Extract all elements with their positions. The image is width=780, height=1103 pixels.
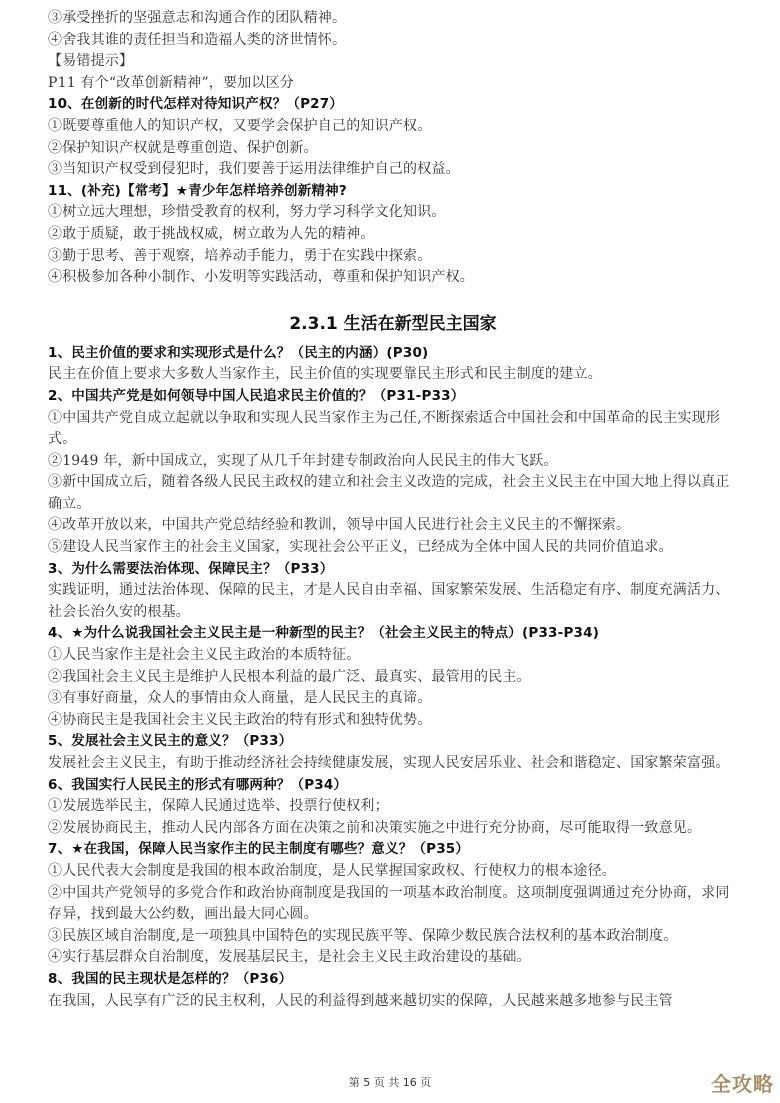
page-number: 第 5 页 共 16 页 [0,1074,780,1090]
answer-line: ④积极参加各种小制作、小发明等实践活动，尊重和保护知识产权。 [48,267,738,289]
tip-heading: 【易错提示】 [48,51,738,73]
text-line: ④舍我其谁的责任担当和造福人类的济世情怀。 [48,30,738,52]
question-heading-7: 7、★在我国，保障人民当家作主的民主制度有哪些？意义？（P35） [48,839,738,861]
answer-line: ④实行基层群众自治制度，发展基层民主，是社会主义民主政治建设的基础。 [48,947,738,969]
answer-line: ②敢于质疑，敢于挑战权威，树立敢为人先的精神。 [48,224,738,246]
answer-line: ②1949 年，新中国成立，实现了从几千年封建专制政治向人民民主的伟大飞跃。 [48,451,738,473]
text-line: ③承受挫折的坚强意志和沟通合作的团队精神。 [48,8,738,30]
answer-line: ③新中国成立后，随着各级人民民主政权的建立和社会主义改造的完成，社会主义民主在中… [48,472,738,515]
tip-text: P11 有个“改革创新精神”，要加以区分 [48,73,738,95]
question-heading-6: 6、我国实行人民民主的形式有哪两种？（P34） [48,775,738,797]
answer-line: ④改革开放以来，中国共产党总结经验和教训，领导中国人民进行社会主义民主的不懈探索… [48,515,738,537]
answer-line: ②保护知识产权就是尊重创造、保护创新。 [48,138,738,160]
answer-line: ①既要尊重他人的知识产权，又要学会保护自己的知识产权。 [48,116,738,138]
answer-line: ①发展选举民主，保障人民通过选举、投票行使权利； [48,796,738,818]
question-heading-8: 8、我国的民主现状是怎样的？（P36） [48,969,738,991]
watermark-logo: 全攻略 [711,1068,774,1097]
section-title: 2.3.1 生活在新型民主国家 [48,311,738,337]
answer-line: ③民族区域自治制度,是一项独具中国特色的实现民族平等、保障少数民族合法权利的基本… [48,926,738,948]
answer-line: ①树立远大理想，珍惜受教育的权利，努力学习科学文化知识。 [48,202,738,224]
answer-line: ③勤于思考、善于观察，培养动手能力，勇于在实践中探索。 [48,246,738,268]
question-heading-4: 4、★为什么说我国社会主义民主是一种新型的民主？（社会主义民主的特点）(P33-… [48,623,738,645]
answer-line: ③有事好商量，众人的事情由众人商量，是人民民主的真谛。 [48,688,738,710]
answer-line: 发展社会主义民主，有助于推动经济社会持续健康发展，实现人民安居乐业、社会和谐稳定… [48,753,738,775]
question-heading-10: 10、在创新的时代怎样对待知识产权？（P27） [48,94,738,116]
question-heading-3: 3、为什么需要法治体现、保障民主？（P33） [48,559,738,581]
question-heading-11: 11、(补充)【常考】★青少年怎样培养创新精神? [48,181,738,203]
answer-line: 民主在价值上要求大多数人当家作主，民主价值的实现要靠民主形式和民主制度的建立。 [48,364,738,386]
question-heading-1: 1、民主价值的要求和实现形式是什么？（民主的内涵）(P30) [48,343,738,365]
answer-line: 实践证明，通过法治体现、保障的民主，才是人民自由幸福、国家繁荣发展、生活稳定有序… [48,580,738,623]
answer-line: ③当知识产权受到侵犯时，我们要善于运用法律维护自己的权益。 [48,159,738,181]
answer-line: ①人民代表大会制度是我国的根本政治制度，是人民掌握国家政权、行使权力的根本途径。 [48,861,738,883]
question-heading-5: 5、发展社会主义民主的意义？（P33） [48,731,738,753]
answer-line: ①人民当家作主是社会主义民主政治的本质特征。 [48,645,738,667]
document-page: ③承受挫折的坚强意志和沟通合作的团队精神。 ④舍我其谁的责任担当和造福人类的济世… [48,8,738,1012]
answer-line: 在我国，人民享有广泛的民主权利，人民的利益得到越来越切实的保障，人民越来越多地参… [48,991,738,1013]
question-heading-2: 2、中国共产党是如何领导中国人民追求民主价值的？（P31-P33） [48,386,738,408]
answer-line: ②发展协商民主，推动人民内部各方面在决策之前和决策实施之中进行充分协商，尽可能取… [48,818,738,840]
answer-line: ②中国共产党领导的多党合作和政治协商制度是我国的一项基本政治制度。这项制度强调通… [48,883,738,926]
answer-line: ④协商民主是我国社会主义民主政治的特有形式和独特优势。 [48,710,738,732]
answer-line: ①中国共产党自成立起就以争取和实现人民当家作主为己任,不断探索适合中国社会和中国… [48,408,738,451]
answer-line: ②我国社会主义民主是维护人民根本利益的最广泛、最真实、最管用的民主。 [48,667,738,689]
answer-line: ⑤建设人民当家作主的社会主义国家，实现社会公平正义，已经成为全体中国人民的共同价… [48,537,738,559]
